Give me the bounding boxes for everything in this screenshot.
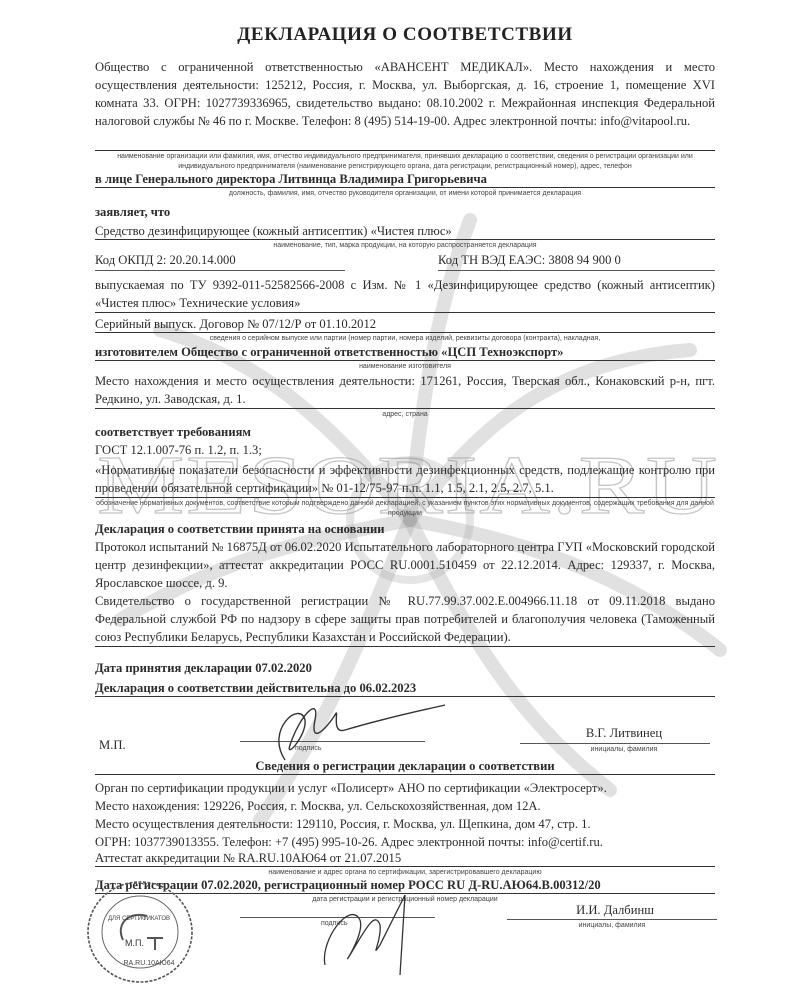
- product-name: Средство дезинфицирующее (кожный антисеп…: [95, 222, 715, 240]
- page-title: ДЕКЛАРАЦИЯ О СООТВЕТСТВИИ: [95, 24, 715, 46]
- registrar-name: И.И. Далбинш: [550, 903, 680, 918]
- applicant-info: Общество с ограниченной ответственностью…: [95, 58, 715, 130]
- tnved-code: Код ТН ВЭД ЕАЭС: 3808 94 900 0: [438, 253, 621, 268]
- address-caption: адрес, страна: [95, 410, 715, 420]
- cert-body-line: Место нахождения: 129226, Россия, г. Мос…: [95, 797, 715, 815]
- normative-document: «Нормативные показатели безопасности и э…: [95, 461, 715, 497]
- cert-body-line: Место осуществления деятельности: 129110…: [95, 815, 715, 833]
- divider: [95, 239, 715, 240]
- divider: [438, 270, 715, 271]
- divider: [95, 187, 715, 188]
- divider: [95, 774, 715, 775]
- signer-name: В.Г. Литвинец: [559, 726, 689, 741]
- state-registration: Свидетельство о государственной регистра…: [95, 592, 715, 646]
- okpd-code: Код ОКПД 2: 20.20.14.000: [95, 253, 236, 268]
- registrar-signature-caption: подпись: [321, 920, 347, 927]
- gost-reference: ГОСТ 12.1.007-76 п. 1.2, п. 1.3;: [95, 441, 715, 459]
- stamp-top-text: ДЛЯ СЕРТИФИКАТОВ: [103, 916, 175, 922]
- manufacturer: изготовителем Общество с ограниченной от…: [95, 343, 715, 361]
- serial-release: Серийный выпуск. Договор № 07/12/Р от 01…: [95, 315, 715, 333]
- test-protocol: Протокол испытаний № 16875Д от 06.02.202…: [95, 538, 715, 592]
- divider: [95, 646, 715, 647]
- registrar-initials-caption: инициалы, фамилия: [557, 922, 667, 929]
- complies-heading: соответствует требованиям: [95, 423, 715, 441]
- cert-body-line: Орган по сертификации продукции и услуг …: [95, 779, 715, 797]
- divider: [95, 497, 715, 498]
- adoption-date: Дата принятия декларации 07.02.2020: [95, 659, 715, 677]
- stamp-ring-text: RA.RU.10АЮ64: [109, 960, 189, 967]
- declaration-page: MESORIA.RU ДЕКЛАРАЦИЯ О СООТВЕТСТВИИ Общ…: [0, 0, 800, 1000]
- stamp-icon: [85, 878, 195, 986]
- technical-conditions: выпускаемая по ТУ 9392-011-52582566-2008…: [95, 276, 715, 312]
- stamp-center-text: М.П.: [125, 938, 144, 948]
- divider: [95, 150, 715, 151]
- manufacturer-address: Место нахождения и место осуществления д…: [95, 372, 715, 408]
- basis-heading: Декларация о соответствии принята на осн…: [95, 520, 715, 538]
- registration-heading: Сведения о регистрации декларации о соот…: [95, 757, 715, 775]
- seal-label: М.П.: [99, 738, 126, 753]
- norms-caption: обозначение нормативных документов, соот…: [95, 499, 715, 519]
- accreditation-line: Аттестат аккредитации № RA.RU.10АЮ64 от …: [95, 849, 715, 867]
- divider: [95, 312, 715, 313]
- representative-caption: должность, фамилия, имя, отчество руково…: [95, 189, 715, 199]
- divider: [95, 270, 345, 271]
- registrar-name-line: [507, 919, 717, 920]
- representative: в лице Генерального директора Литвинца В…: [95, 170, 715, 188]
- initials-caption: инициалы, фамилия: [569, 746, 679, 753]
- declares-label: заявляет, что: [95, 203, 715, 221]
- divider: [95, 360, 715, 361]
- divider: [95, 332, 715, 333]
- product-caption: наименование, тип, марка продукции, на к…: [95, 241, 715, 251]
- applicant-caption: наименование организации или фамилия, им…: [95, 152, 715, 172]
- manufacturer-caption: наименование изготовителя: [95, 362, 715, 372]
- divider: [95, 866, 715, 867]
- signer-line: [520, 743, 710, 744]
- signature-caption: подпись: [295, 745, 321, 752]
- divider: [95, 408, 715, 409]
- registrar-signature-icon: [320, 880, 430, 980]
